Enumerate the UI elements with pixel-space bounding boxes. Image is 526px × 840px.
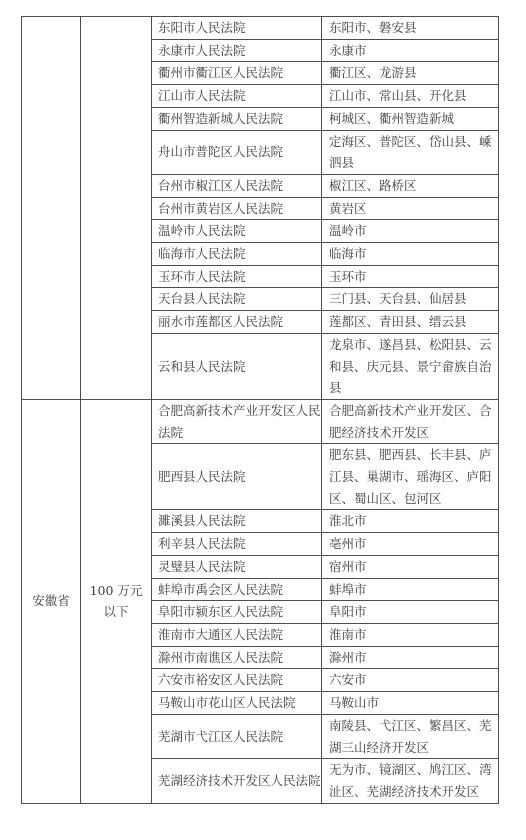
- jurisdiction-cell: 南陵县、弋江区、繁昌区、芜湖三山经济开发区: [322, 714, 499, 758]
- jurisdiction-cell: 衢江区、龙游县: [322, 62, 499, 85]
- jurisdiction-cell: 马鞍山市: [322, 692, 499, 715]
- court-cell: 衢州智造新城人民法院: [152, 107, 322, 130]
- court-cell: 六安市裕安区人民法院: [152, 669, 322, 692]
- jurisdiction-cell: 莲都区、青田县、缙云县: [322, 311, 499, 334]
- jurisdiction-cell: 椒江区、路桥区: [322, 174, 499, 197]
- court-cell: 永康市人民法院: [152, 39, 322, 62]
- court-cell: 马鞍山市花山区人民法院: [152, 692, 322, 715]
- jurisdiction-cell: 宿州市: [322, 555, 499, 578]
- court-cell: 利辛县人民法院: [152, 533, 322, 556]
- court-cell: 江山市人民法院: [152, 85, 322, 108]
- court-cell: 舟山市普陀区人民法院: [152, 130, 322, 174]
- province-cell: [22, 17, 81, 400]
- court-cell: 淮南市大通区人民法院: [152, 623, 322, 646]
- court-cell: 滁州市南谯区人民法院: [152, 646, 322, 669]
- court-cell: 台州市椒江区人民法院: [152, 174, 322, 197]
- jurisdiction-cell: 黄岩区: [322, 197, 499, 220]
- jurisdiction-cell: 东阳市、磐安县: [322, 17, 499, 40]
- jurisdiction-cell: 三门县、天台县、仙居县: [322, 288, 499, 311]
- jurisdiction-cell: 温岭市: [322, 220, 499, 243]
- jurisdiction-cell: 定海区、普陀区、岱山县、嵊泗县: [322, 130, 499, 174]
- document-page: 东阳市人民法院东阳市、磐安县永康市人民法院永康市衢州市衢江区人民法院衢江区、龙游…: [0, 0, 526, 840]
- court-cell: 蚌埠市禹会区人民法院: [152, 578, 322, 601]
- jurisdiction-table: 东阳市人民法院东阳市、磐安县永康市人民法院永康市衢州市衢江区人民法院衢江区、龙游…: [21, 16, 499, 804]
- court-cell: 玉环市人民法院: [152, 265, 322, 288]
- table-body: 东阳市人民法院东阳市、磐安县永康市人民法院永康市衢州市衢江区人民法院衢江区、龙游…: [22, 17, 499, 804]
- court-cell: 合肥高新技术产业开发区人民法院: [152, 399, 322, 443]
- jurisdiction-cell: 柯城区、衢州智造新城: [322, 107, 499, 130]
- court-cell: 台州市黄岩区人民法院: [152, 197, 322, 220]
- jurisdiction-cell: 肥东县、肥西县、长丰县、庐江县、巢湖市、瑶海区、庐阳区、蜀山区、包河区: [322, 444, 499, 510]
- jurisdiction-cell: 阜阳市: [322, 601, 499, 624]
- court-cell: 温岭市人民法院: [152, 220, 322, 243]
- province-cell: 安徽省: [22, 399, 81, 803]
- court-cell: 灵璧县人民法院: [152, 555, 322, 578]
- jurisdiction-cell: 蚌埠市: [322, 578, 499, 601]
- jurisdiction-cell: 玉环市: [322, 265, 499, 288]
- amount-cell: [81, 17, 152, 400]
- table-row: 安徽省100 万元以下合肥高新技术产业开发区人民法院合肥高新技术产业开发区、合肥…: [22, 399, 499, 443]
- court-cell: 濉溪县人民法院: [152, 510, 322, 533]
- court-cell: 临海市人民法院: [152, 243, 322, 266]
- amount-cell: 100 万元以下: [81, 399, 152, 803]
- court-cell: 丽水市莲都区人民法院: [152, 311, 322, 334]
- court-cell: 芜湖市弋江区人民法院: [152, 714, 322, 758]
- jurisdiction-cell: 无为市、镜湖区、鸠江区、湾沚区、芜湖经济技术开发区: [322, 759, 499, 803]
- jurisdiction-cell: 合肥高新技术产业开发区、合肥经济技术开发区: [322, 399, 499, 443]
- jurisdiction-cell: 临海市: [322, 243, 499, 266]
- table-row: 东阳市人民法院东阳市、磐安县: [22, 17, 499, 40]
- jurisdiction-cell: 永康市: [322, 39, 499, 62]
- jurisdiction-cell: 淮北市: [322, 510, 499, 533]
- court-cell: 阜阳市颍东区人民法院: [152, 601, 322, 624]
- court-cell: 天台县人民法院: [152, 288, 322, 311]
- court-cell: 芜湖经济技术开发区人民法院: [152, 759, 322, 803]
- jurisdiction-cell: 亳州市: [322, 533, 499, 556]
- jurisdiction-cell: 滁州市: [322, 646, 499, 669]
- jurisdiction-cell: 六安市: [322, 669, 499, 692]
- court-cell: 云和县人民法院: [152, 333, 322, 399]
- jurisdiction-cell: 淮南市: [322, 623, 499, 646]
- court-cell: 东阳市人民法院: [152, 17, 322, 40]
- court-cell: 肥西县人民法院: [152, 444, 322, 510]
- jurisdiction-cell: 江山市、常山县、开化县: [322, 85, 499, 108]
- court-cell: 衢州市衢江区人民法院: [152, 62, 322, 85]
- jurisdiction-cell: 龙泉市、遂昌县、松阳县、云和县、庆元县、景宁畲族自治县: [322, 333, 499, 399]
